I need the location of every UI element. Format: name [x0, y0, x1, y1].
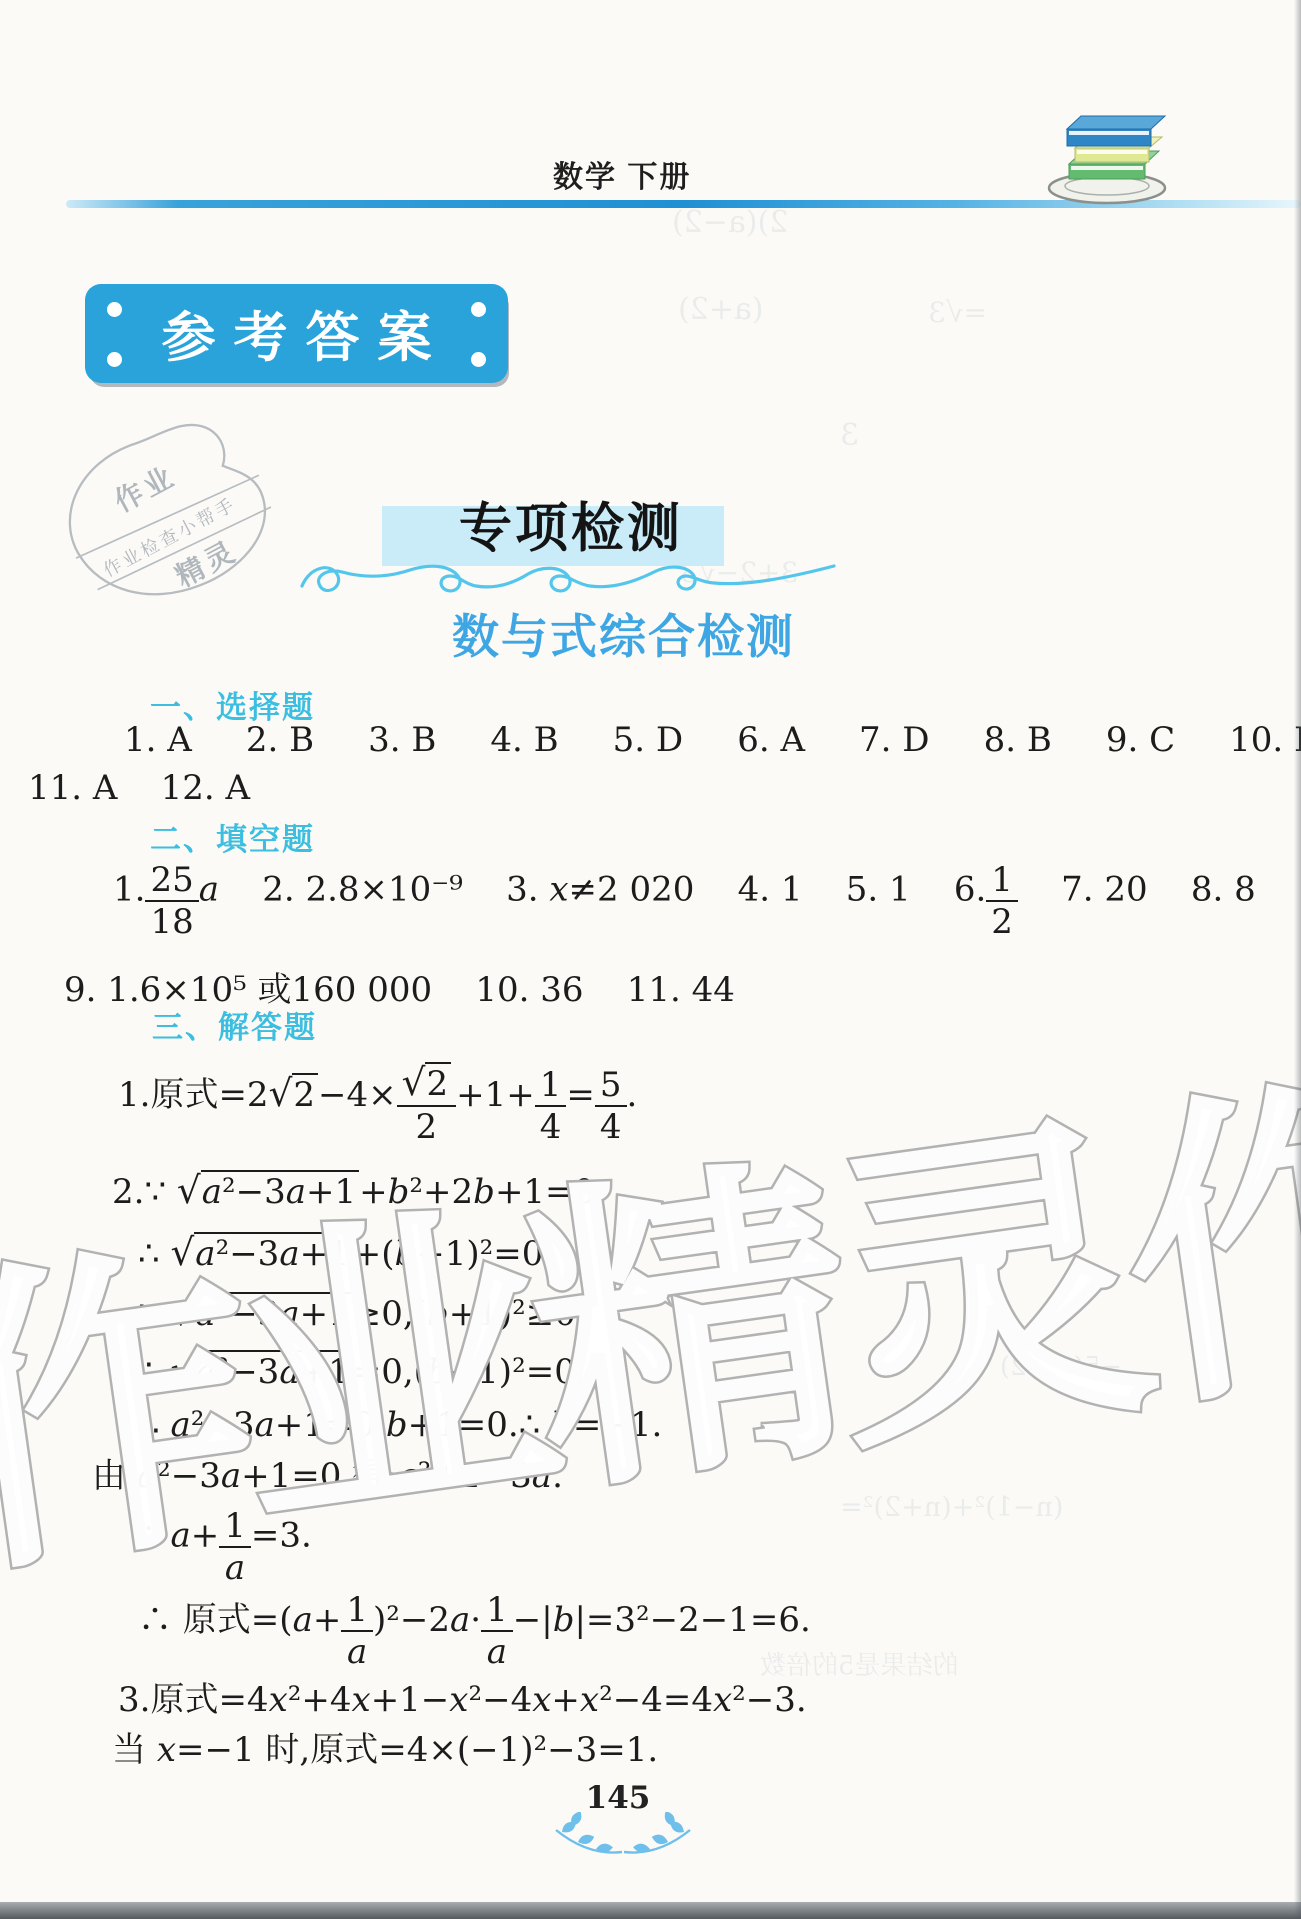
badge-corner-dot [107, 302, 122, 317]
solution-line: 2.∵ √a²−3a+1+b²+2b+1=0, [112, 1168, 606, 1212]
bleed-through-text: −5(x²+2) [1000, 1352, 1122, 1382]
bleed-through-text: 2)(a−2) [672, 205, 788, 240]
fill-answers-row: 1.2518a 2. 2.8×10⁻⁹ 3. x≠2 020 4. 1 5. 1… [113, 862, 1256, 940]
page-number: 145 [538, 1780, 698, 1816]
solution-line: 3.原式=4x²+4x+1−x²−4x+x²−4=4x²−3. [118, 1672, 807, 1721]
solution-line: 当 x=−1 时,原式=4×(−1)²−3=1. [112, 1722, 658, 1771]
page-header-title: 数学 下册 [553, 152, 691, 196]
solution-line: 由 a²−3a+1=0 得:a²+1=3a. [92, 1448, 563, 1497]
solution-line: ∵ √a²−3a+1≥0,(b+1)²≥0, [138, 1290, 587, 1334]
badge-corner-dot [471, 302, 486, 317]
scanned-answer-page: 2)(a−2) (a+2) =√3 3 3+2−√3 (n−1)²+(n+2)²… [0, 0, 1301, 1919]
solution-line: ∴ √a²−3a+1+(b+1)²=0. [138, 1230, 554, 1274]
bleed-through-text: (a+2) [678, 292, 764, 327]
solution-line: 1.原式=2√2−4×√22+1+14=54. [118, 1062, 637, 1145]
solution-line: ∴ √a²−3a+1=0,(b+1)²=0. [138, 1348, 587, 1392]
badge-label: 参考答案 [144, 295, 450, 372]
solution-line: ∴ a+1a=3. [138, 1508, 312, 1586]
stamp-outline [44, 401, 286, 630]
books-logo-icon [1043, 94, 1175, 211]
scan-bottom-edge [0, 1902, 1301, 1919]
answer-badge: 参考答案 [85, 284, 508, 383]
corner-stamp: 作业 作业检查小帮手 精灵 [17, 377, 329, 667]
choice-answers-row: 1. A 2. B 3. B 4. B 5. D 6. A 7. D 8. B … [124, 720, 1301, 760]
solve-section-heading: 三、解答题 [152, 1002, 317, 1047]
stamp-text-bottom: 精灵 [171, 535, 244, 594]
bleed-through-text: (n−1)²+(n+2)²= [840, 1492, 1063, 1523]
test-subtitle: 数与式综合检测 [452, 600, 795, 667]
laurel-icon [548, 1812, 698, 1867]
bleed-through-text: =√3 [928, 296, 987, 329]
bleed-through-text: 3 [840, 418, 859, 453]
choice-answers-row: 11. A 12. A [28, 768, 250, 808]
badge-corner-dot [107, 352, 122, 367]
section-banner-title: 专项检测 [459, 486, 683, 562]
solution-line: ∴ 原式=(a+1a)²−2a·1a−|b|=3²−2−1=6. [138, 1592, 811, 1670]
scan-right-edge [1294, 0, 1301, 1919]
stamp-text-top: 作业 [109, 460, 182, 519]
badge-corner-dot [471, 352, 486, 367]
fill-section-heading: 二、填空题 [150, 814, 315, 859]
solution-line: ∴ a²−3a+1=0,b+1=0.∴ b=−1. [138, 1405, 662, 1445]
